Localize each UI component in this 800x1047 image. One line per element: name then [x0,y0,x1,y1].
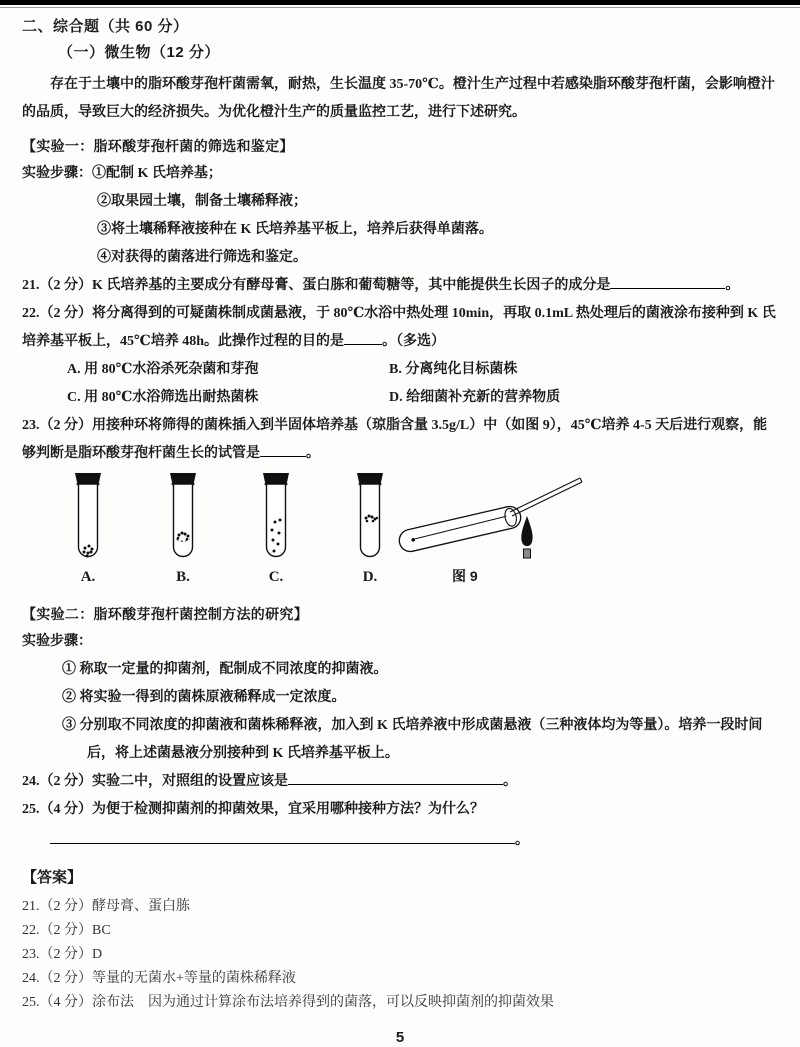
scan-top-line [0,7,800,8]
exam-page: 二、综合题（共 60 分） （一）微生物（12 分） 存在于土壤中的脂环酸芽孢杆… [0,0,800,1047]
scan-top-bar [0,0,800,5]
test-tube-c: C. [246,472,306,586]
question-23-text: 23.（2 分）用接种环将筛得的菌株插入到半固体培养基（琼脂含量 3.5g/L）… [22,418,767,461]
option-d: D. 给细菌补充新的营养物质 [389,384,560,412]
inoculation-loop-flame-drawing [390,472,590,567]
inoculation-illustration [390,472,590,567]
question-23-answer-blank [260,442,306,457]
question-25-answer-blank [50,829,515,844]
test-tube-a-drawing [65,472,111,567]
tube-body [361,484,380,557]
option-c: C. 用 80℃水浴筛选出耐热菌株 [67,384,389,412]
inoculation-needle [510,478,582,516]
experiment1-step-1: 实验步骤：①配制 K 氏培养基； [22,160,778,188]
experiment1-step-4: ④对获得的菌落进行筛选和鉴定。 [97,244,778,272]
section-title: 二、综合题（共 60 分） [22,15,778,36]
page-number: 5 [22,1029,778,1046]
tube-body [267,484,286,557]
page-content: 二、综合题（共 60 分） （一）微生物（12 分） 存在于土壤中的脂环酸芽孢杆… [0,15,800,1046]
tube-label-b: B. [153,568,213,586]
figure-9: A. B. [22,472,778,588]
option-b: B. 分离纯化目标菌株 [389,356,517,384]
answer-22: 22.（2 分）BC [22,919,778,943]
tube-label-d: D. [340,568,400,586]
figure-caption: 图 9 [452,566,478,586]
test-tube-d-drawing [347,472,393,567]
experiment2-step-1: ① 称取一定量的抑菌剂，配制成不同浓度的抑菌液。 [62,656,778,684]
question-25-suffix: 。 [515,833,529,848]
question-21-answer-blank [610,274,725,289]
tube-label-a: A. [58,568,118,586]
question-25: 25.（4 分）为便于检测抑菌剂的抑菌效果，宜采用哪种接种方法？为什么？ [22,796,778,824]
test-tube-c-drawing [253,472,299,567]
question-23: 23.（2 分）用接种环将筛得的菌株插入到半固体培养基（琼脂含量 3.5g/L）… [22,412,778,468]
question-23-suffix: 。 [306,446,320,461]
question-25-answer-line: 。 [50,827,778,855]
question-22-options-row-2: C. 用 80℃水浴筛选出耐热菌株 D. 给细菌补充新的营养物质 [67,384,778,412]
answers-list: 21.（2 分）酵母膏、蛋白胨 22.（2 分）BC 23.（2 分）D 24.… [22,895,778,1015]
tube-label-c: C. [246,568,306,586]
answer-25: 25.（4 分）涂布法 因为通过计算涂布法培养得到的菌落，可以反映抑菌剂的抑菌效… [22,991,778,1015]
experiment2-step-2: ② 将实验一得到的菌株原液稀释成一定浓度。 [62,684,778,712]
question-24-text: 24.（2 分）实验二中，对照组的设置应该是 [22,774,288,789]
question-22-suffix: 。（多选） [382,334,445,349]
subsection-title: （一）微生物（12 分） [58,41,778,62]
flame-icon [521,516,532,558]
answers-header: 【答案】 [22,865,778,891]
question-21-text: 21.（2 分）K 氏培养基的主要成分有酵母膏、蛋白胨和葡萄糖等，其中能提供生长… [22,278,610,293]
answer-21: 21.（2 分）酵母膏、蛋白胨 [22,895,778,919]
question-24: 24.（2 分）实验二中，对照组的设置应该是。 [22,768,778,796]
question-21: 21.（2 分）K 氏培养基的主要成分有酵母膏、蛋白胨和葡萄糖等，其中能提供生长… [22,272,778,300]
experiment2-steps-label: 实验步骤： [22,628,778,656]
question-22-answer-blank [344,330,382,345]
test-tube-a: A. [58,472,118,586]
horizontal-tube [397,504,523,553]
experiment2-header: 【实验二：脂环酸芽孢杆菌控制方法的研究】 [22,600,778,628]
experiment2-step-3: ③ 分别取不同浓度的抑菌液和菌株稀释液，加入到 K 氏培养液中形成菌悬液（三种液… [62,712,778,768]
answer-23: 23.（2 分）D [22,943,778,967]
experiment1-step-3: ③将土壤稀释液接种在 K 氏培养基平板上，培养后获得单菌落。 [97,216,778,244]
question-24-answer-blank [288,770,503,785]
question-22: 22.（2 分）将分离得到的可疑菌株制成菌悬液，于 80℃水浴中热处理 10mi… [22,300,778,356]
test-tube-b-drawing [160,472,206,567]
question-22-options-row-1: A. 用 80℃水浴杀死杂菌和芽孢 B. 分离纯化目标菌株 [67,356,778,384]
answer-24: 24.（2 分）等量的无菌水+等量的菌株稀释液 [22,967,778,991]
question-21-suffix: 。 [725,278,739,293]
experiment1-header: 【实验一：脂环酸芽孢杆菌的筛选和鉴定】 [22,132,778,160]
test-tube-b: B. [153,472,213,586]
experiment1-step-2: ②取果园土壤，制备土壤稀释液； [97,188,778,216]
tube-body [174,484,193,557]
intro-paragraph: 存在于土壤中的脂环酸芽孢杆菌需氧，耐热，生长温度 35-70℃。橙汁生产过程中若… [22,71,778,127]
option-a: A. 用 80℃水浴杀死杂菌和芽孢 [67,356,389,384]
question-24-suffix: 。 [503,774,517,789]
